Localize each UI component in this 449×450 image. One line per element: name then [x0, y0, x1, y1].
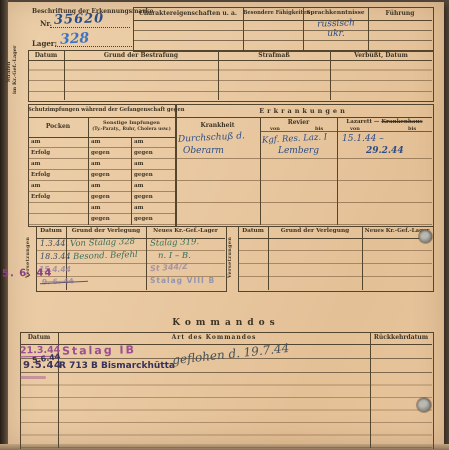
strafen-col-verbuesst: Verbüßt, Datum [330, 52, 432, 59]
impfungen-col-sonstige-1: Sonstige Impfungen [88, 120, 175, 126]
stamp-smudge [20, 376, 46, 379]
punch-hole-bottom [417, 398, 431, 412]
erkr-col-lazarett: Lazarett — Krankenhaus [337, 119, 432, 125]
vers-col-grund-r: Grund der Verlegung [268, 228, 362, 234]
impf-cell: gegen [134, 150, 153, 156]
impf-cell: am [31, 161, 40, 167]
erkrankungen-title: Erkrankungen [175, 107, 432, 115]
transfer-newcamp-4-stamp: Stalag VIII B [150, 276, 215, 285]
erkr-subheader-rule [260, 131, 432, 132]
strafen-side-label: Strafen im Kr.-Gef.-Lager [6, 50, 26, 94]
strafen-col-datum: Datum [28, 52, 64, 59]
impf-cell: am [134, 161, 143, 167]
vers-divider [268, 226, 269, 290]
erkr-col-revier: Revier [260, 119, 337, 126]
kommando-art-2-stamp: R 713 B Bismarckhütta [59, 361, 175, 371]
impf-cell: am [31, 183, 40, 189]
impf-cell: am [134, 205, 143, 211]
vers-divider [146, 226, 147, 290]
pow-record-card-scan: Beschriftung der Erkennungsmarke Nr. 356… [0, 0, 449, 450]
lazarett-label: Lazarett — [346, 119, 379, 125]
strafen-side-label-line2: im Kr.-Gef.-Lager [12, 45, 18, 94]
kommandos-title: Kommandos [20, 318, 432, 328]
punch-hole-top [419, 230, 432, 243]
impf-cell: am [31, 139, 40, 145]
impf-cell: gegen [91, 172, 110, 178]
kommando-art-1-stamp: Stalag IB [62, 343, 136, 357]
impf-cell: gegen [134, 216, 153, 222]
impf-cell: Erfolg [31, 194, 50, 200]
impf-cell: gegen [91, 216, 110, 222]
transfer-newcamp-2: n. I – B. [158, 251, 191, 261]
komm-col-datum: Datum [20, 334, 58, 341]
lazarett-date-to: 29.2.44 [366, 146, 404, 156]
col-besondere-faehigkeiten: Besondere Fähigkeiten [243, 10, 303, 16]
lager-label: Lager: [32, 39, 57, 48]
krankenhaus-label-struck: Krankenhaus [381, 119, 422, 125]
impf-cell: am [134, 139, 143, 145]
impf-cell: gegen [91, 194, 110, 200]
komm-col-art: Art des Kommandos [58, 334, 370, 341]
impf-cell: am [91, 161, 100, 167]
col-fuehrung: Führung [368, 10, 432, 17]
vers-col-datum: Datum [36, 228, 66, 234]
impf-cell: Erfolg [31, 150, 50, 156]
impf-cell: am [91, 139, 100, 145]
transfer-date-1: 1.3.44. [40, 239, 68, 248]
grid-rule [133, 40, 432, 41]
grid-rule [133, 30, 432, 31]
impf-cell: am [91, 205, 100, 211]
illness-entry-line2: Oberarm [183, 146, 224, 156]
impf-cell: am [134, 183, 143, 189]
revier-entry-line2: Lemberg [278, 146, 319, 156]
margin-date-stamp: 5. 6. 44 [2, 268, 53, 280]
versetzungen-side-label-right: Versetzungen [227, 238, 237, 278]
impf-cell: gegen [91, 150, 110, 156]
impfungen-rule [28, 117, 175, 118]
impf-cell: gegen [134, 172, 153, 178]
erkr-rule [175, 117, 432, 118]
impf-cell: am [91, 183, 100, 189]
nr-value-handwritten: 35620 [54, 11, 105, 28]
vers-col-datum-r: Datum [238, 228, 268, 234]
impfungen-col-pocken: Pocken [28, 123, 88, 130]
impf-cell: Erfolg [31, 172, 50, 178]
transfer-newcamp-1: Stalag 319. [150, 237, 199, 249]
strafen-col-strafmass: Strafmaß [218, 52, 330, 59]
komm-col-rueckkehr: Rückkehrdatum [370, 334, 432, 341]
strafen-col-grund: Grund der Bestrafung [64, 52, 218, 59]
nr-dotted-line [50, 27, 130, 28]
vers-col-grund: Grund der Verlegung [66, 228, 146, 234]
impfungen-col-sonstige-2: (Ty.-Paraty., Ruhr, Cholera usw.) [88, 127, 175, 132]
strafen-empty-rows [28, 60, 432, 99]
impfungen-title: Schutzimpfungen während der Gefangenscha… [28, 107, 175, 113]
grid-rule [133, 20, 432, 21]
erkr-col-krankheit: Krankheit [175, 122, 260, 129]
lager-dotted-line [55, 46, 132, 47]
komm-empty-row-rules [20, 373, 432, 448]
col-charaktereigenschaften: Charaktereigenschaften u. a. [133, 10, 243, 17]
vers-col-neues-lager: Neues Kr.-Gef.-Lager [146, 228, 225, 234]
col-sprachkenntnisse: Sprachkenntnisse [303, 10, 368, 16]
vers-divider [362, 226, 363, 290]
impf-cell: gegen [134, 194, 153, 200]
transfer-date-2: 18.3.44 [40, 252, 71, 261]
lazarett-date-from: 15.1.44 – [342, 134, 384, 144]
language-entry-ukr: ukr. [304, 29, 368, 39]
